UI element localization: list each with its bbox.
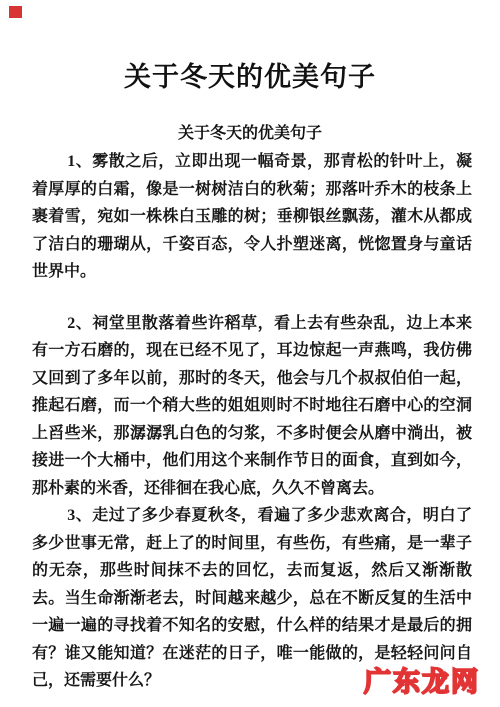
section-subtitle: 关于冬天的优美句子 <box>0 125 500 143</box>
site-watermark: 广东龙网 <box>364 667 480 697</box>
red-seal-mark <box>9 6 22 18</box>
paragraph-1: 1、雾散之后，立即出现一幅奇景，那青松的针叶上，凝着厚厚的白霜，像是一树树洁白的… <box>32 148 472 286</box>
paragraph-3: 3、走过了多少春夏秋冬，看遍了多少悲欢离合，明白了多少世事无常，赶上了的时间里，… <box>32 502 472 695</box>
document-page: 关于冬天的优美句子 关于冬天的优美句子 1、雾散之后，立即出现一幅奇景，那青松的… <box>0 0 500 707</box>
paragraph-2: 2、祠堂里散落着些许稻草，看上去有些杂乱，边上本来有一方石磨的，现在已经不见了，… <box>32 310 472 503</box>
document-body: 1、雾散之后，立即出现一幅奇景，那青松的针叶上，凝着厚厚的白霜，像是一树树洁白的… <box>0 148 500 695</box>
page-title: 关于冬天的优美句子 <box>0 0 500 92</box>
